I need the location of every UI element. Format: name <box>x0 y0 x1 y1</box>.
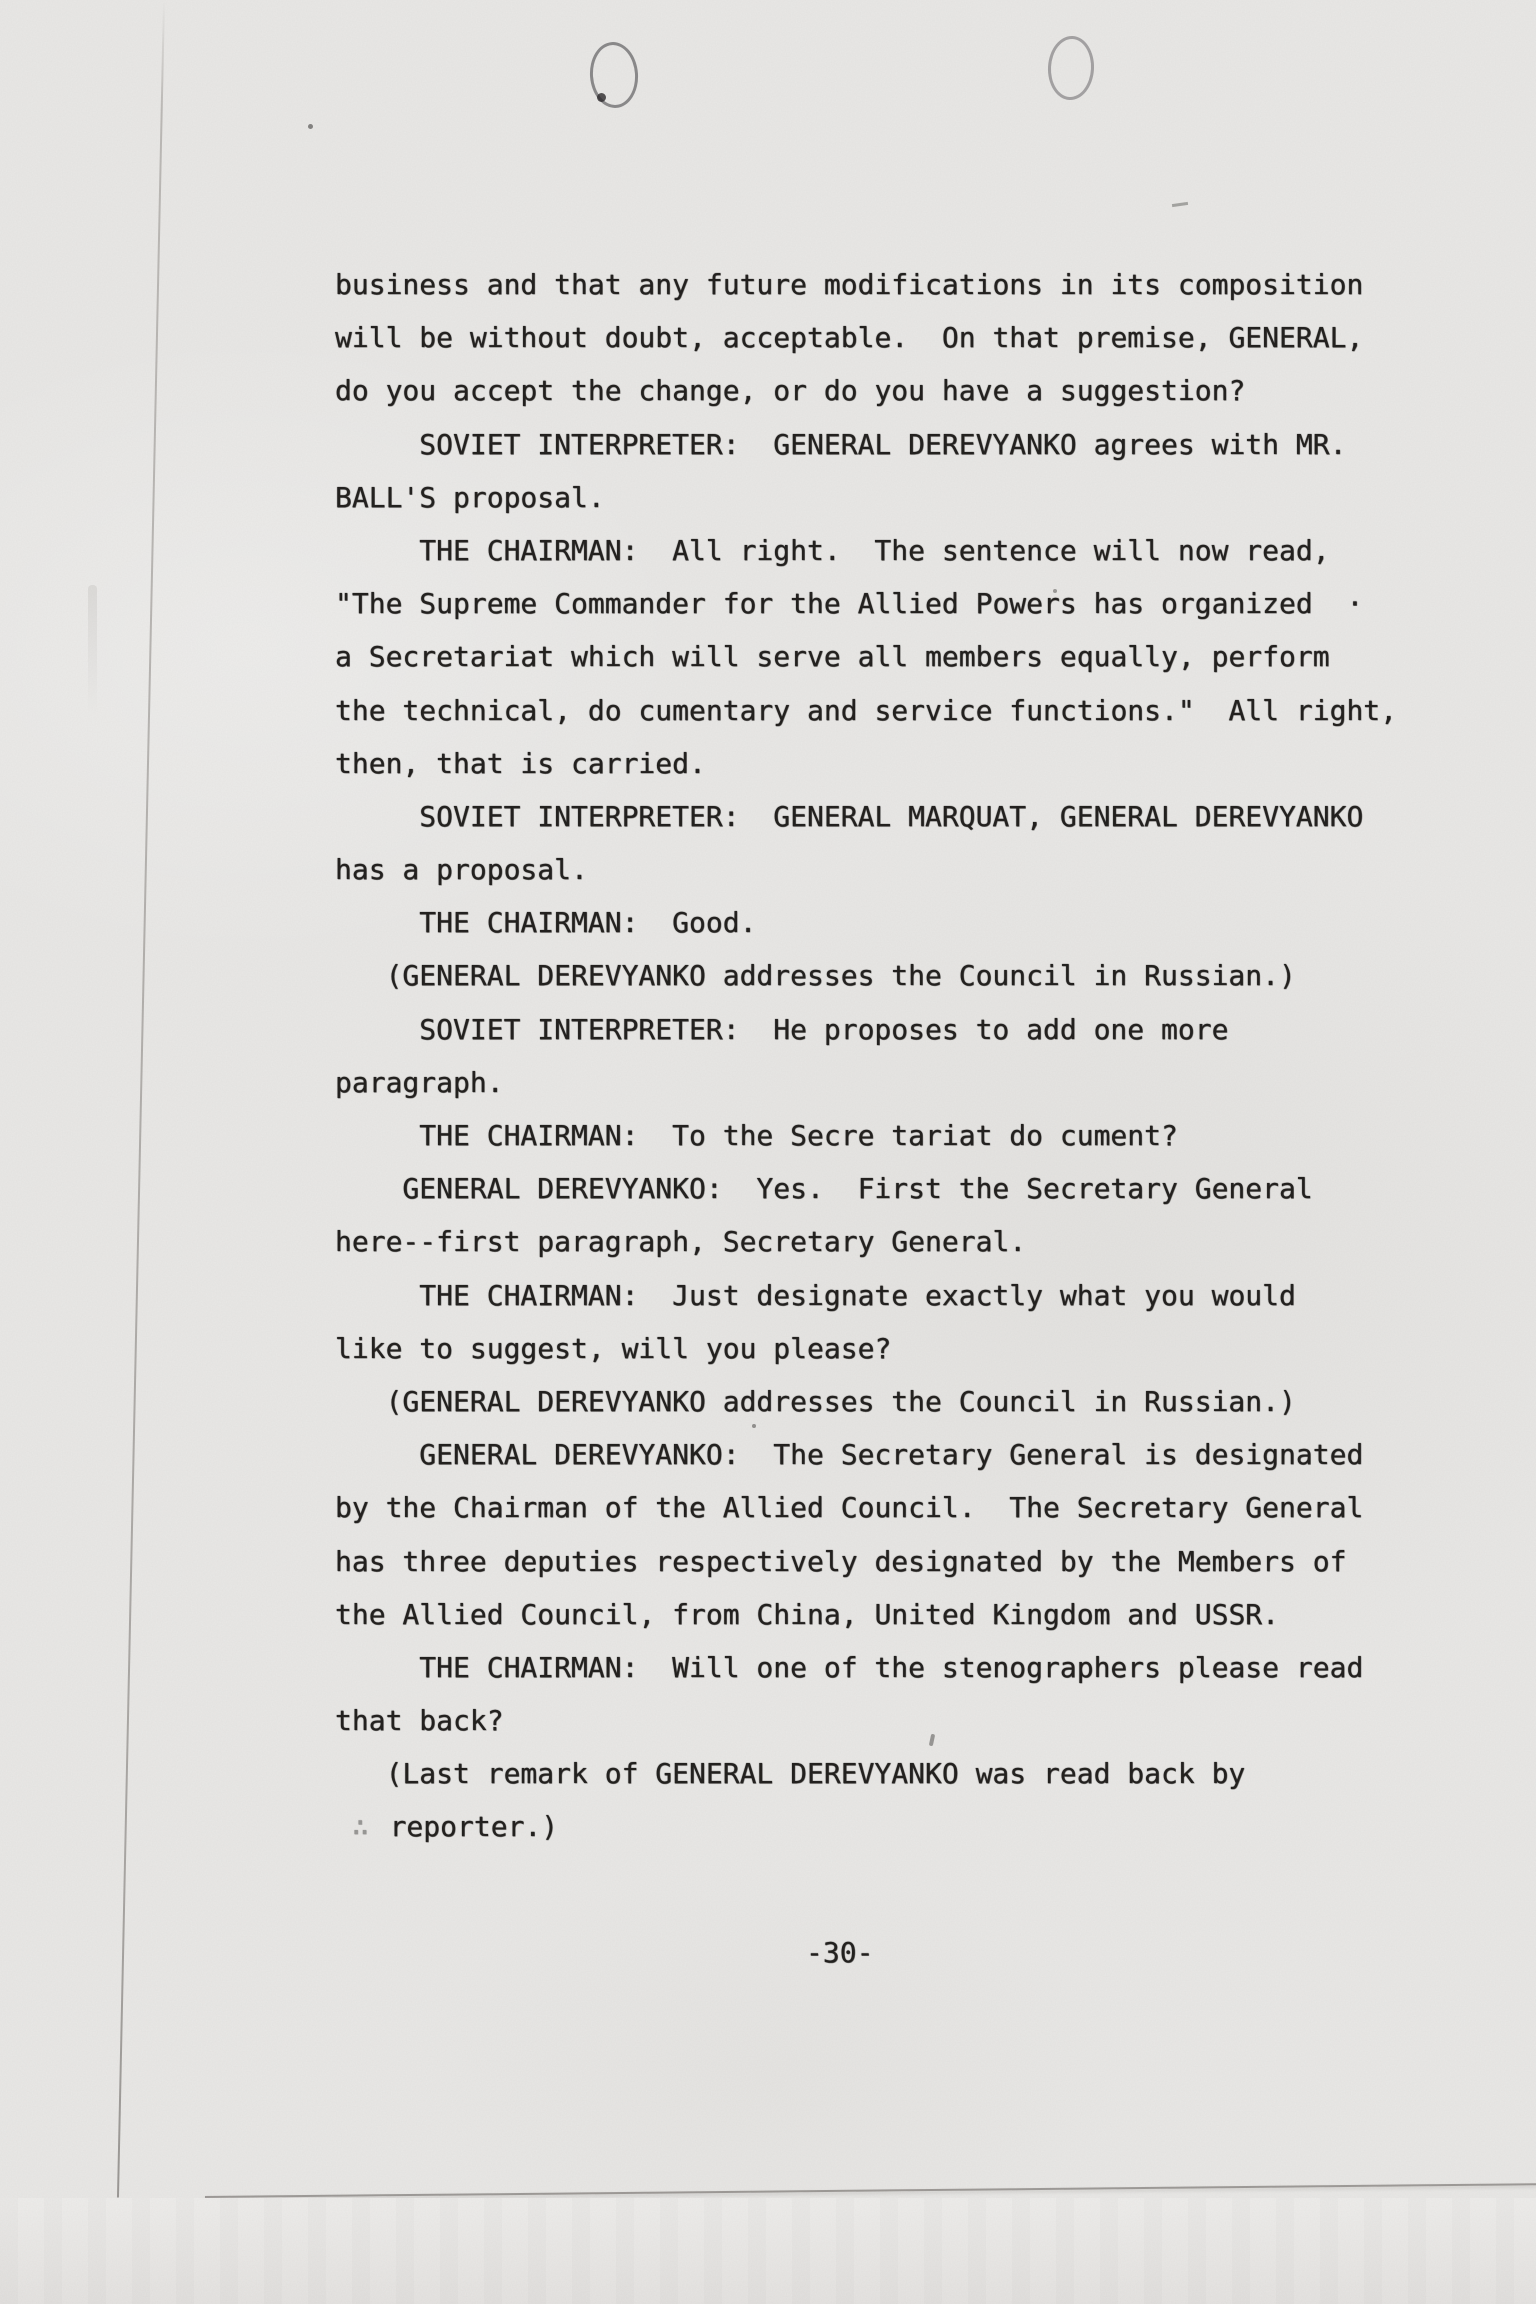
line-text: a Secretariat which will serve all membe… <box>335 640 1330 673</box>
line-text: do you accept the change, or do you have… <box>335 374 1245 407</box>
transcript-line-23: GENERAL DEREVYANKO: The Secretary Genera… <box>335 1428 1495 1481</box>
hole-punch-ring-right-icon <box>1046 35 1095 101</box>
transcript-line-15: SOVIET INTERPRETER: He proposes to add o… <box>335 1003 1495 1056</box>
paper-crease-line <box>117 0 165 2198</box>
scanned-document-screenshot: { "colors": { "paper": "#e9e8e6", "ink":… <box>0 0 1536 2304</box>
transcript-line-8: a Secretariat which will serve all membe… <box>335 630 1495 683</box>
transcript-line-1: business and that any future modificatio… <box>335 258 1495 311</box>
line-text: will be without doubt, acceptable. On th… <box>335 321 1363 354</box>
line-text: like to suggest, will you please? <box>335 1332 891 1365</box>
line-text: GENERAL DEREVYANKO: The Secretary Genera… <box>419 1438 1363 1471</box>
transcript-line-13: THE CHAIRMAN: Good. <box>335 896 1495 949</box>
line-text: here--first paragraph, Secretary General… <box>335 1225 1026 1258</box>
transcript-line-27: THE CHAIRMAN: Will one of the stenograph… <box>335 1641 1495 1694</box>
transcript-line-9: the technical, do cumentary and service … <box>335 684 1495 737</box>
line-text: (GENERAL DEREVYANKO addresses the Counci… <box>386 959 1296 992</box>
transcript-line-22: (GENERAL DEREVYANKO addresses the Counci… <box>335 1375 1495 1428</box>
scan-smudge <box>88 585 97 715</box>
transcript-line-5: BALL'S proposal. <box>335 471 1495 524</box>
faint-pencil-marks: ∴ <box>352 1810 390 1843</box>
transcript-line-11: SOVIET INTERPRETER: GENERAL MARQUAT, GEN… <box>335 790 1495 843</box>
line-text: has a proposal. <box>335 853 588 886</box>
line-text: business and that any future modificatio… <box>335 268 1363 301</box>
transcript-line-14: (GENERAL DEREVYANKO addresses the Counci… <box>335 949 1495 1002</box>
transcript-line-21: like to suggest, will you please? <box>335 1322 1495 1375</box>
line-text: the Allied Council, from China, United K… <box>335 1598 1279 1631</box>
transcript-line-7: "The Supreme Commander for the Allied Po… <box>335 577 1495 630</box>
transcript-line-20: THE CHAIRMAN: Just designate exactly wha… <box>335 1269 1495 1322</box>
line-text: (Last remark of GENERAL DEREVYANKO was r… <box>386 1757 1246 1790</box>
transcript-line-24: by the Chairman of the Allied Council. T… <box>335 1481 1495 1534</box>
line-text: THE CHAIRMAN: Will one of the stenograph… <box>419 1651 1363 1684</box>
line-text: that back? <box>335 1704 504 1737</box>
line-text: THE CHAIRMAN: All right. The sentence wi… <box>419 534 1329 567</box>
line-text: "The Supreme Commander for the Allied Po… <box>335 587 1363 620</box>
scan-background-below-page <box>0 2198 1536 2304</box>
transcript-line-29: (Last remark of GENERAL DEREVYANKO was r… <box>335 1747 1495 1800</box>
line-text: SOVIET INTERPRETER: GENERAL DEREVYANKO a… <box>419 428 1346 461</box>
paper-sheet: business and that any future modificatio… <box>0 0 1536 2304</box>
line-text: THE CHAIRMAN: Good. <box>419 906 756 939</box>
line-text: THE CHAIRMAN: Just designate exactly wha… <box>419 1279 1296 1312</box>
scan-speck <box>308 124 313 129</box>
transcript-body: business and that any future modificatio… <box>335 258 1495 1854</box>
line-text: has three deputies respectively designat… <box>335 1545 1346 1578</box>
page-number: -30- <box>806 1926 873 1979</box>
line-text: BALL'S proposal. <box>335 481 605 514</box>
paper-bottom-edge <box>205 2183 1536 2198</box>
line-text: THE CHAIRMAN: To the Secre tariat do cum… <box>419 1119 1178 1152</box>
transcript-line-6: THE CHAIRMAN: All right. The sentence wi… <box>335 524 1495 577</box>
line-text: then, that is carried. <box>335 747 706 780</box>
transcript-line-25: has three deputies respectively designat… <box>335 1535 1495 1588</box>
transcript-line-12: has a proposal. <box>335 843 1495 896</box>
transcript-line-4: SOVIET INTERPRETER: GENERAL DEREVYANKO a… <box>335 418 1495 471</box>
transcript-line-28: that back? <box>335 1694 1495 1747</box>
scan-speck <box>1172 202 1188 207</box>
transcript-line-16: paragraph. <box>335 1056 1495 1109</box>
transcript-line-30: ∴ reporter.) <box>335 1800 1495 1853</box>
line-text: SOVIET INTERPRETER: He proposes to add o… <box>419 1013 1228 1046</box>
line-text: by the Chairman of the Allied Council. T… <box>335 1491 1363 1524</box>
hole-punch-ring-left-icon <box>588 40 640 109</box>
transcript-line-19: here--first paragraph, Secretary General… <box>335 1215 1495 1268</box>
line-text: reporter.) <box>390 1810 559 1843</box>
line-text: the technical, do cumentary and service … <box>335 694 1397 727</box>
pencil-dot-mark <box>597 93 606 102</box>
line-text: (GENERAL DEREVYANKO addresses the Counci… <box>386 1385 1296 1418</box>
transcript-line-2: will be without doubt, acceptable. On th… <box>335 311 1495 364</box>
line-text: paragraph. <box>335 1066 504 1099</box>
transcript-line-17: THE CHAIRMAN: To the Secre tariat do cum… <box>335 1109 1495 1162</box>
transcript-line-3: do you accept the change, or do you have… <box>335 364 1495 417</box>
transcript-line-18: GENERAL DEREVYANKO: Yes. First the Secre… <box>335 1162 1495 1215</box>
transcript-line-26: the Allied Council, from China, United K… <box>335 1588 1495 1641</box>
line-text: SOVIET INTERPRETER: GENERAL MARQUAT, GEN… <box>419 800 1363 833</box>
transcript-line-10: then, that is carried. <box>335 737 1495 790</box>
line-text: GENERAL DEREVYANKO: Yes. First the Secre… <box>402 1172 1312 1205</box>
